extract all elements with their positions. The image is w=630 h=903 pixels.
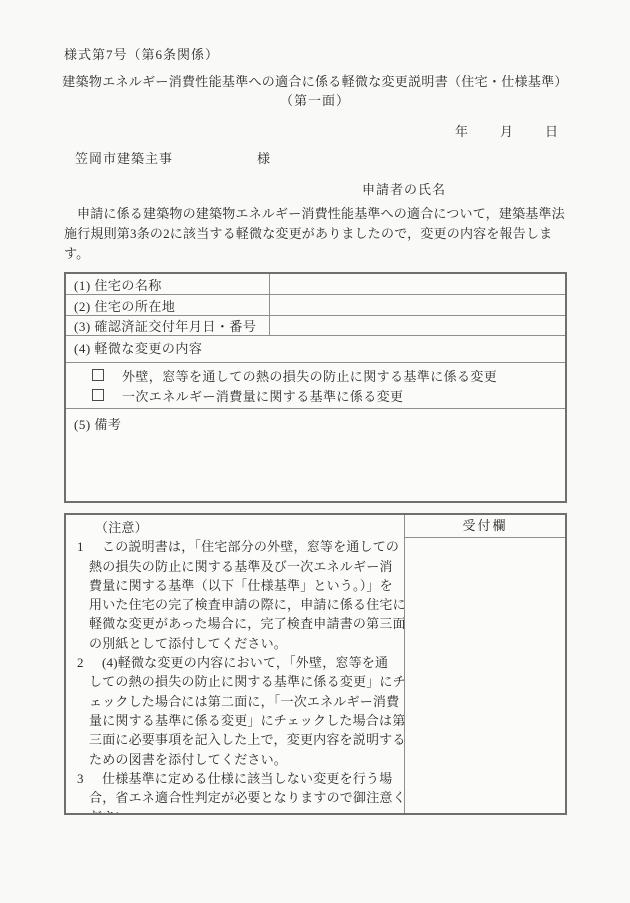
reception-stamp-area[interactable] [405, 538, 565, 813]
addressee-honorific: 様 [257, 148, 271, 167]
date-day-label: 日 [545, 121, 558, 140]
note-line: しての熱の損失の防止に関する基準に係る変更」にチ [66, 672, 404, 691]
note-line: 3仕様基準に定める仕様に該当しない変更を行う場 [66, 769, 404, 788]
note-item-text: (4)軽微な変更の内容において，「外壁，窓等を通 [102, 655, 388, 670]
checkbox-line: 一次エネルギー消費量に関する基準に係る変更 [66, 385, 565, 405]
note-item-text: この説明書は，「住宅部分の外壁，窓等を通しての [102, 539, 399, 554]
section4-header: (4) 軽微な変更の内容 [66, 336, 565, 363]
reception-column: 受付欄 [405, 515, 565, 813]
document-page: 様式第7号（第6条関係） 建築物エネルギー消費性能基準への適合に係る軽微な変更説… [0, 0, 630, 903]
row-label: (3) 確認済証交付年月日・番号 [66, 316, 270, 335]
addressee-line: 笠岡市建築主事 様 [75, 148, 173, 167]
notes-heading: （注意） [66, 518, 404, 537]
note-item-number: 2 [77, 653, 102, 672]
table-row: (3) 確認済証交付年月日・番号 [66, 316, 565, 336]
note-line: 量に関する基準に係る変更」にチェックした場合は第 [66, 711, 404, 730]
date-month-label: 月 [500, 121, 513, 140]
note-line: ださい。 [66, 807, 404, 813]
applicant-name-label: 申請者の氏名 [362, 179, 446, 198]
note-line: 用いた住宅の完了検査申請の際に，申請に係る住宅に [66, 595, 404, 614]
checkbox-label: 一次エネルギー消費量に関する基準に係る変更 [122, 386, 403, 405]
document-title: 建築物エネルギー消費性能基準への適合に係る軽微な変更説明書（住宅・仕様基準） [0, 71, 630, 90]
note-line: の別紙として添付してください。 [66, 634, 404, 653]
note-line: 三面に必要事項を記入した上で，変更内容を説明する [66, 730, 404, 749]
note-line: 1この説明書は，「住宅部分の外壁，窓等を通しての [66, 537, 404, 556]
notes-text-area: （注意）1この説明書は，「住宅部分の外壁，窓等を通しての熱の損失の防止に関する基… [66, 515, 405, 813]
note-line: 軽微な変更があった場合に，完了検査申請書の第三面 [66, 614, 404, 633]
note-item-number: 1 [77, 537, 102, 556]
note-line: 熱の損失の防止に関する基準及び一次エネルギー消 [66, 557, 404, 576]
row-label: (1) 住宅の名称 [66, 274, 270, 294]
checkbox-icon[interactable] [92, 369, 104, 381]
note-line: ための図書を添付してください。 [66, 750, 404, 769]
page-face-label: （第一面） [0, 90, 630, 109]
body-paragraph: 申請に係る建築物の建築物エネルギー消費性能基準への適合について，建築基準法施行規… [64, 204, 572, 264]
row-label: (2) 住宅の所在地 [66, 295, 270, 315]
remarks-label: (5) 備考 [74, 417, 121, 432]
date-year-label: 年 [455, 121, 468, 140]
table-row: (2) 住宅の所在地 [66, 295, 565, 316]
change-type-checkbox-cell: 外壁，窓等を通しての熱の損失の防止に関する基準に係る変更一次エネルギー消費量に関… [66, 363, 565, 409]
table-row: (1) 住宅の名称 [66, 274, 565, 295]
note-line: 合，省エネ適合性判定が必要となりますので御注意く [66, 788, 404, 807]
row-value-field[interactable] [270, 316, 565, 335]
addressee-name: 笠岡市建築主事 [75, 151, 173, 166]
reception-column-label: 受付欄 [405, 515, 565, 538]
notes-table: （注意）1この説明書は，「住宅部分の外壁，窓等を通しての熱の損失の防止に関する基… [64, 513, 567, 815]
row-value-field[interactable] [270, 274, 565, 294]
note-item-text: 仕様基準に定める仕様に該当しない変更を行う場 [102, 771, 392, 786]
note-item-number: 3 [77, 769, 102, 788]
note-line: ェックした場合には第二面に，「一次エネルギー消費 [66, 692, 404, 711]
form-number: 様式第7号（第6条関係） [64, 44, 219, 63]
checkbox-label: 外壁，窓等を通しての熱の損失の防止に関する基準に係る変更 [122, 366, 497, 385]
main-table: (1) 住宅の名称(2) 住宅の所在地(3) 確認済証交付年月日・番号 (4) … [64, 272, 567, 503]
checkbox-icon[interactable] [92, 389, 104, 401]
remarks-cell[interactable]: (5) 備考 [66, 409, 565, 501]
note-line: 2(4)軽微な変更の内容において，「外壁，窓等を通 [66, 653, 404, 672]
note-line: 費量に関する基準（以下「仕様基準」という。）」を [66, 576, 404, 595]
row-value-field[interactable] [270, 295, 565, 315]
checkbox-line: 外壁，窓等を通しての熱の損失の防止に関する基準に係る変更 [66, 365, 565, 385]
